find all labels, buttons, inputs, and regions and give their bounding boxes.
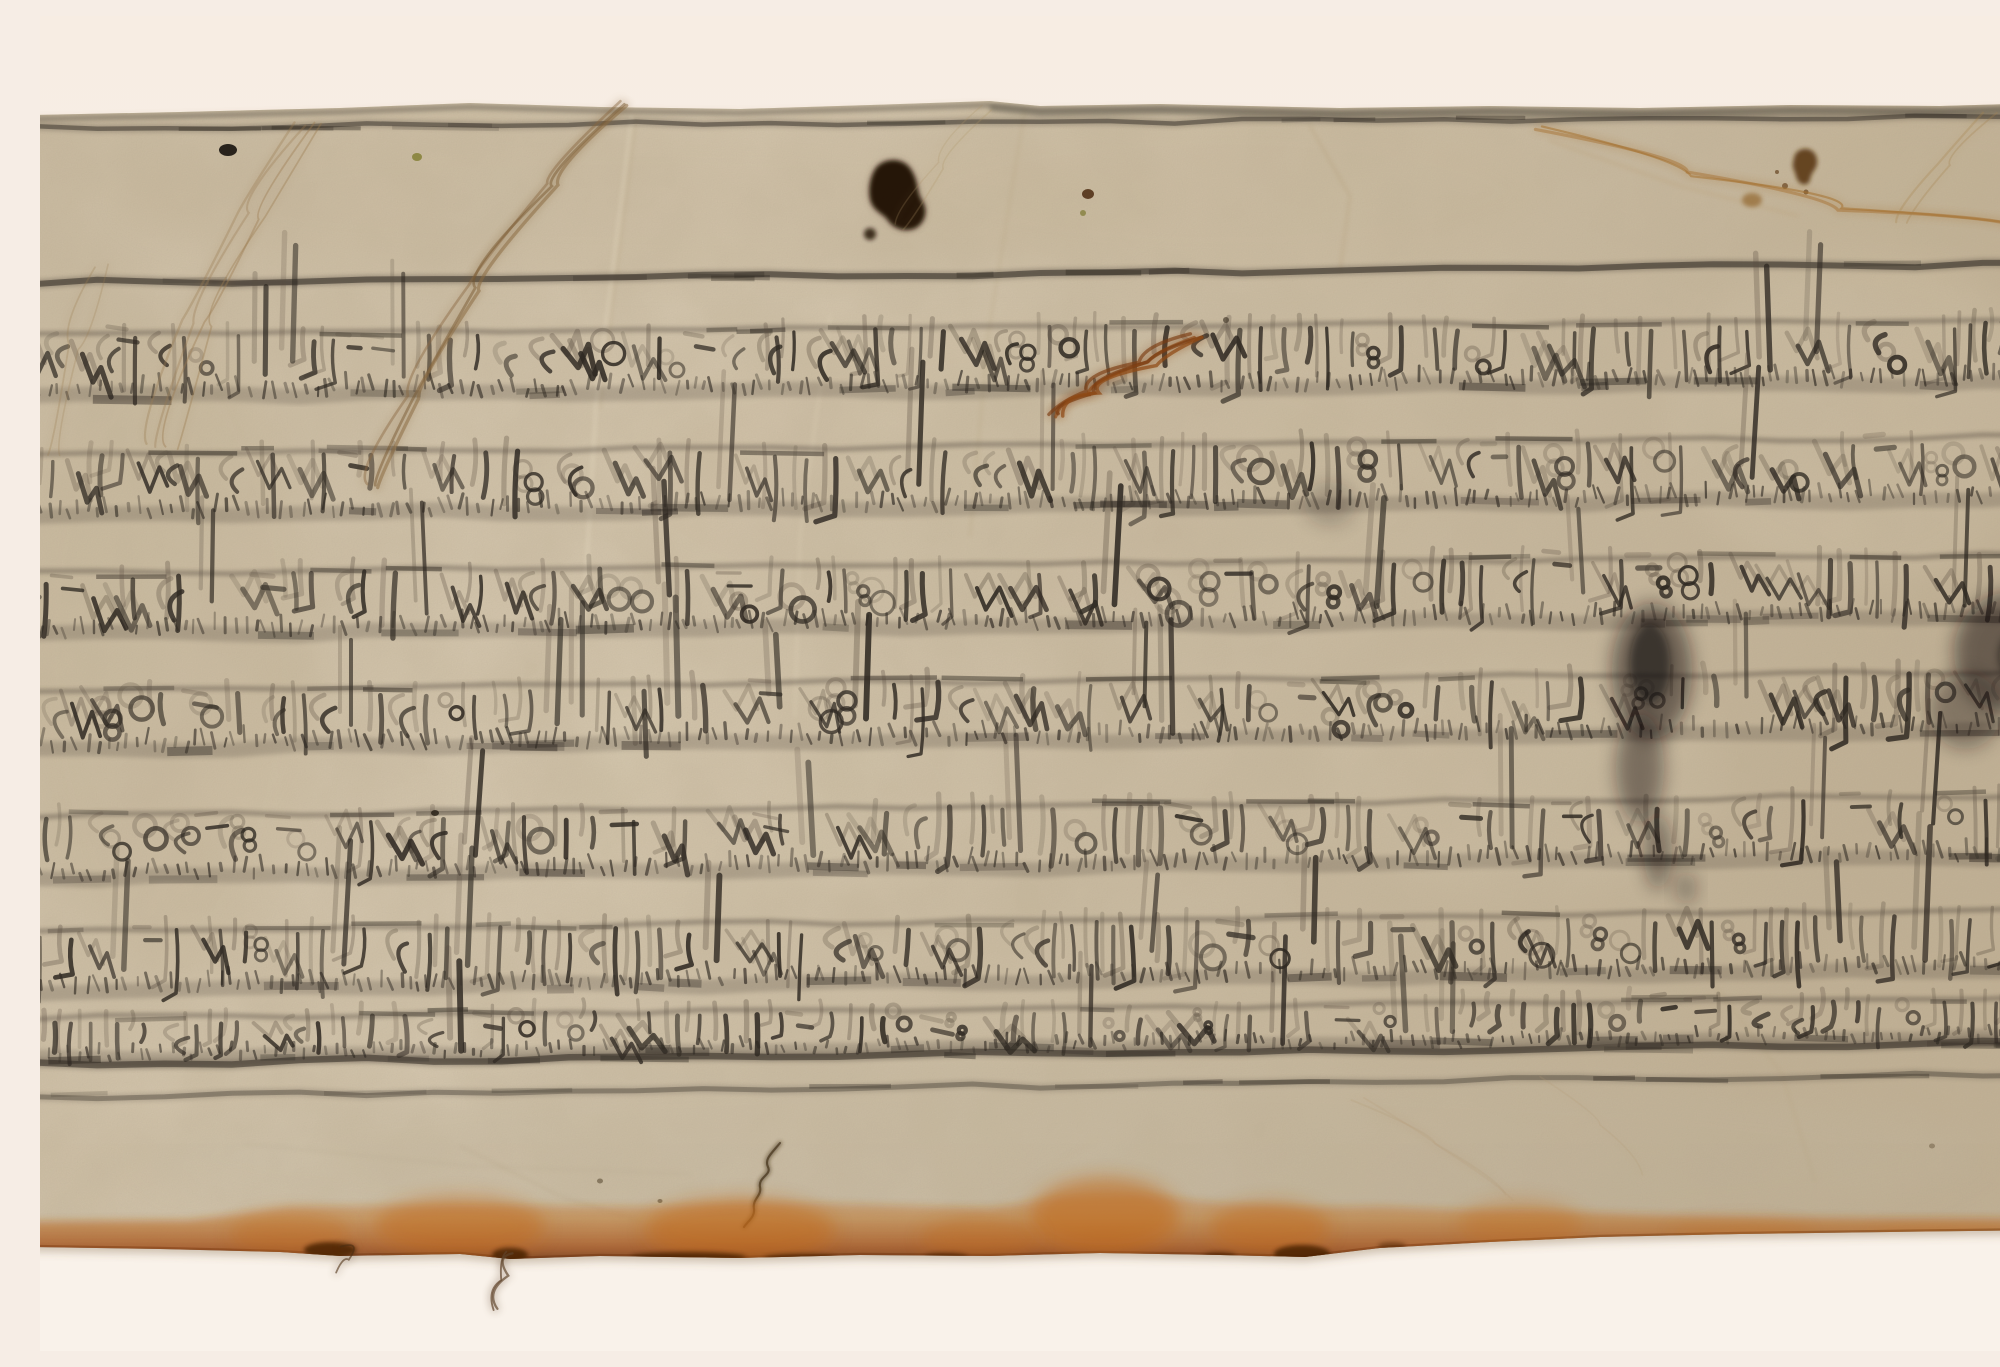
paper-surface (40, 76, 2000, 1276)
burn-tongue (375, 1196, 545, 1256)
manuscript-scene (40, 16, 2000, 1351)
speck (1929, 1144, 1935, 1149)
speck (1080, 210, 1086, 216)
speck (1223, 317, 1229, 323)
speck (431, 810, 439, 816)
speck (412, 153, 422, 161)
burn-tongue (920, 1218, 1040, 1258)
speck (1082, 189, 1094, 199)
manuscript-photo (40, 16, 2000, 1351)
amber-clump (1742, 193, 1762, 207)
speck (597, 1179, 603, 1184)
soot-faint-mid (1304, 482, 1356, 526)
speck (658, 1199, 663, 1203)
burn-tongue (1030, 1178, 1180, 1254)
speck (219, 144, 237, 156)
